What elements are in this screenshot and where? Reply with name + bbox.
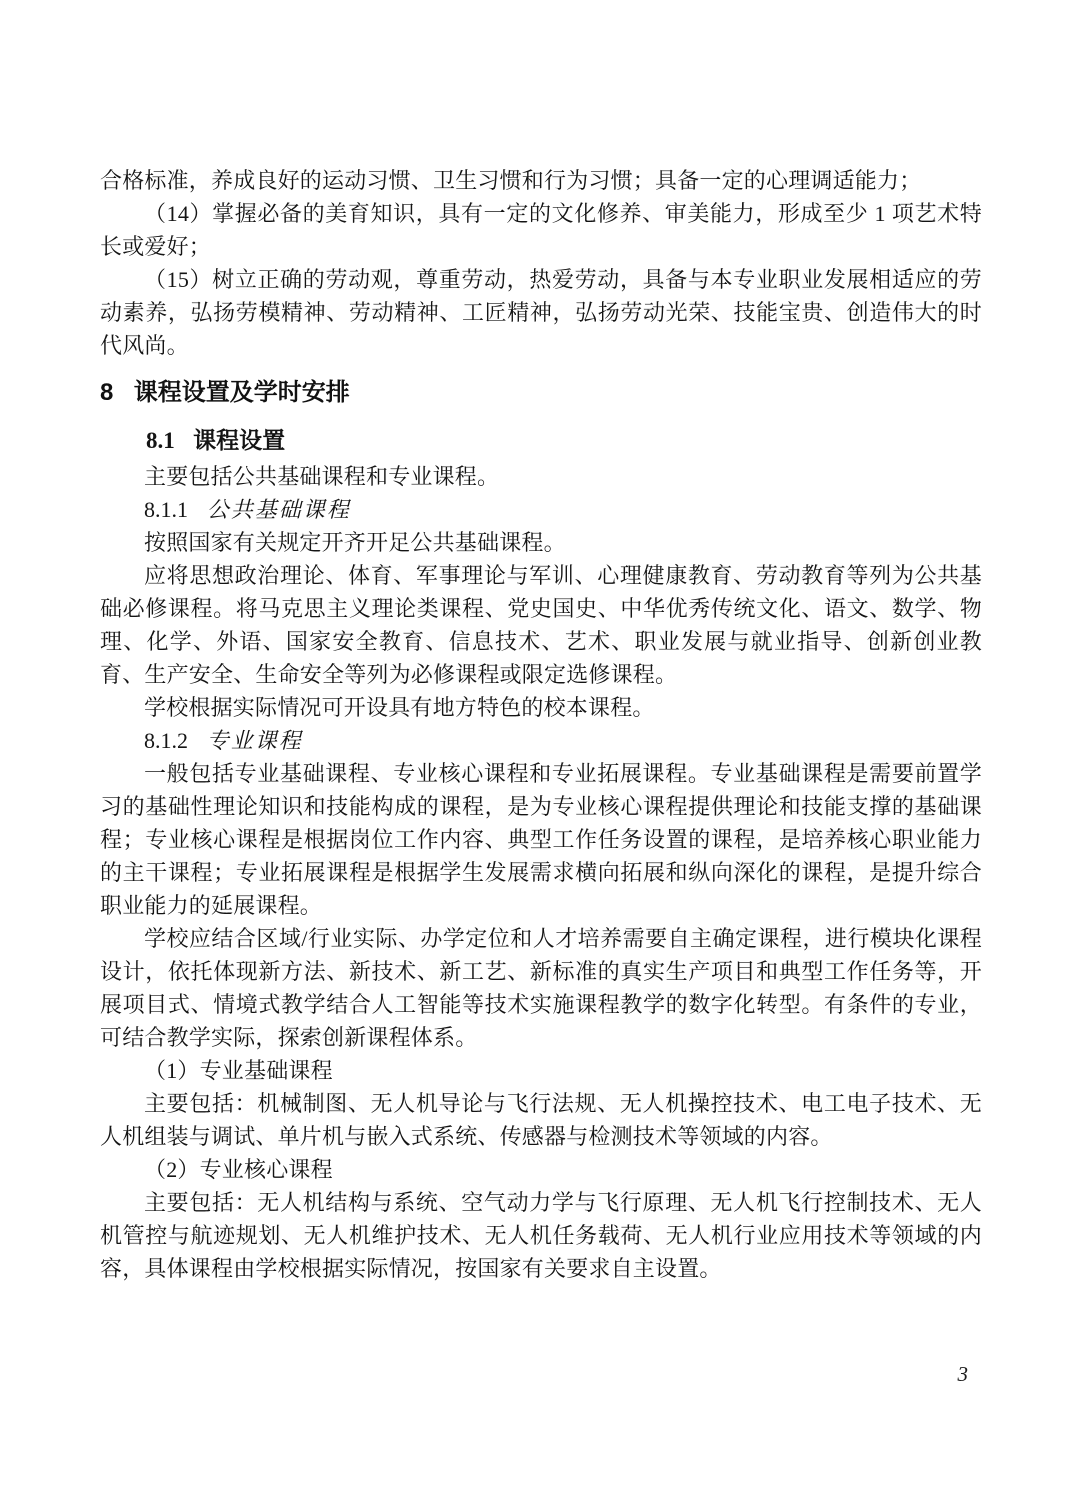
paragraph-list-item-1-title: （1）专业基础课程	[100, 1054, 982, 1087]
paragraph-8-1-intro: 主要包括公共基础课程和专业课程。	[100, 460, 982, 493]
heading-section-8-number: 8	[100, 379, 113, 406]
heading-section-8-1-1: 8.1.1公共基础课程	[100, 493, 982, 526]
heading-section-8-1-2-number: 8.1.2	[144, 728, 188, 753]
paragraph-item-14: （14）掌握必备的美育知识，具有一定的文化修养、审美能力，形成至少 1 项艺术特…	[100, 197, 982, 263]
heading-section-8-title: 课程设置及学时安排	[134, 379, 350, 406]
heading-section-8-1: 8.1课程设置	[100, 424, 982, 458]
heading-section-8-1-number: 8.1	[146, 428, 175, 453]
heading-section-8-1-1-title: 公共基础课程	[207, 497, 351, 522]
heading-section-8: 8课程设置及学时安排	[100, 375, 982, 411]
paragraph-item-15: （15）树立正确的劳动观，尊重劳动，热爱劳动，具备与本专业职业发展相适应的劳动素…	[100, 263, 982, 362]
heading-section-8-1-title: 课程设置	[193, 428, 285, 453]
paragraph-8-1-2-p1: 一般包括专业基础课程、专业核心课程和专业拓展课程。专业基础课程是需要前置学习的基…	[100, 757, 982, 922]
page-number: 3	[958, 1362, 969, 1387]
heading-section-8-1-2: 8.1.2专业课程	[100, 724, 982, 757]
document-page: 合格标准，养成良好的运动习惯、卫生习惯和行为习惯；具备一定的心理调适能力； （1…	[0, 0, 1080, 1505]
paragraph-8-1-1-p2: 应将思想政治理论、体育、军事理论与军训、心理健康教育、劳动教育等列为公共基础必修…	[100, 559, 982, 691]
paragraph-8-1-1-p3: 学校根据实际情况可开设具有地方特色的校本课程。	[100, 691, 982, 724]
heading-section-8-1-1-number: 8.1.1	[144, 497, 188, 522]
paragraph-list-item-2-body: 主要包括：无人机结构与系统、空气动力学与飞行原理、无人机飞行控制技术、无人机管控…	[100, 1186, 982, 1285]
heading-section-8-1-2-title: 专业课程	[207, 728, 303, 753]
paragraph-8-1-2-p2: 学校应结合区域/行业实际、办学定位和人才培养需要自主确定课程，进行模块化课程设计…	[100, 922, 982, 1054]
paragraph-list-item-1-body: 主要包括：机械制图、无人机导论与飞行法规、无人机操控技术、电工电子技术、无人机组…	[100, 1087, 982, 1153]
paragraph-8-1-1-p1: 按照国家有关规定开齐开足公共基础课程。	[100, 526, 982, 559]
document-content: 合格标准，养成良好的运动习惯、卫生习惯和行为习惯；具备一定的心理调适能力； （1…	[100, 164, 982, 1285]
paragraph-continuation: 合格标准，养成良好的运动习惯、卫生习惯和行为习惯；具备一定的心理调适能力；	[100, 164, 982, 197]
paragraph-list-item-2-title: （2）专业核心课程	[100, 1153, 982, 1186]
